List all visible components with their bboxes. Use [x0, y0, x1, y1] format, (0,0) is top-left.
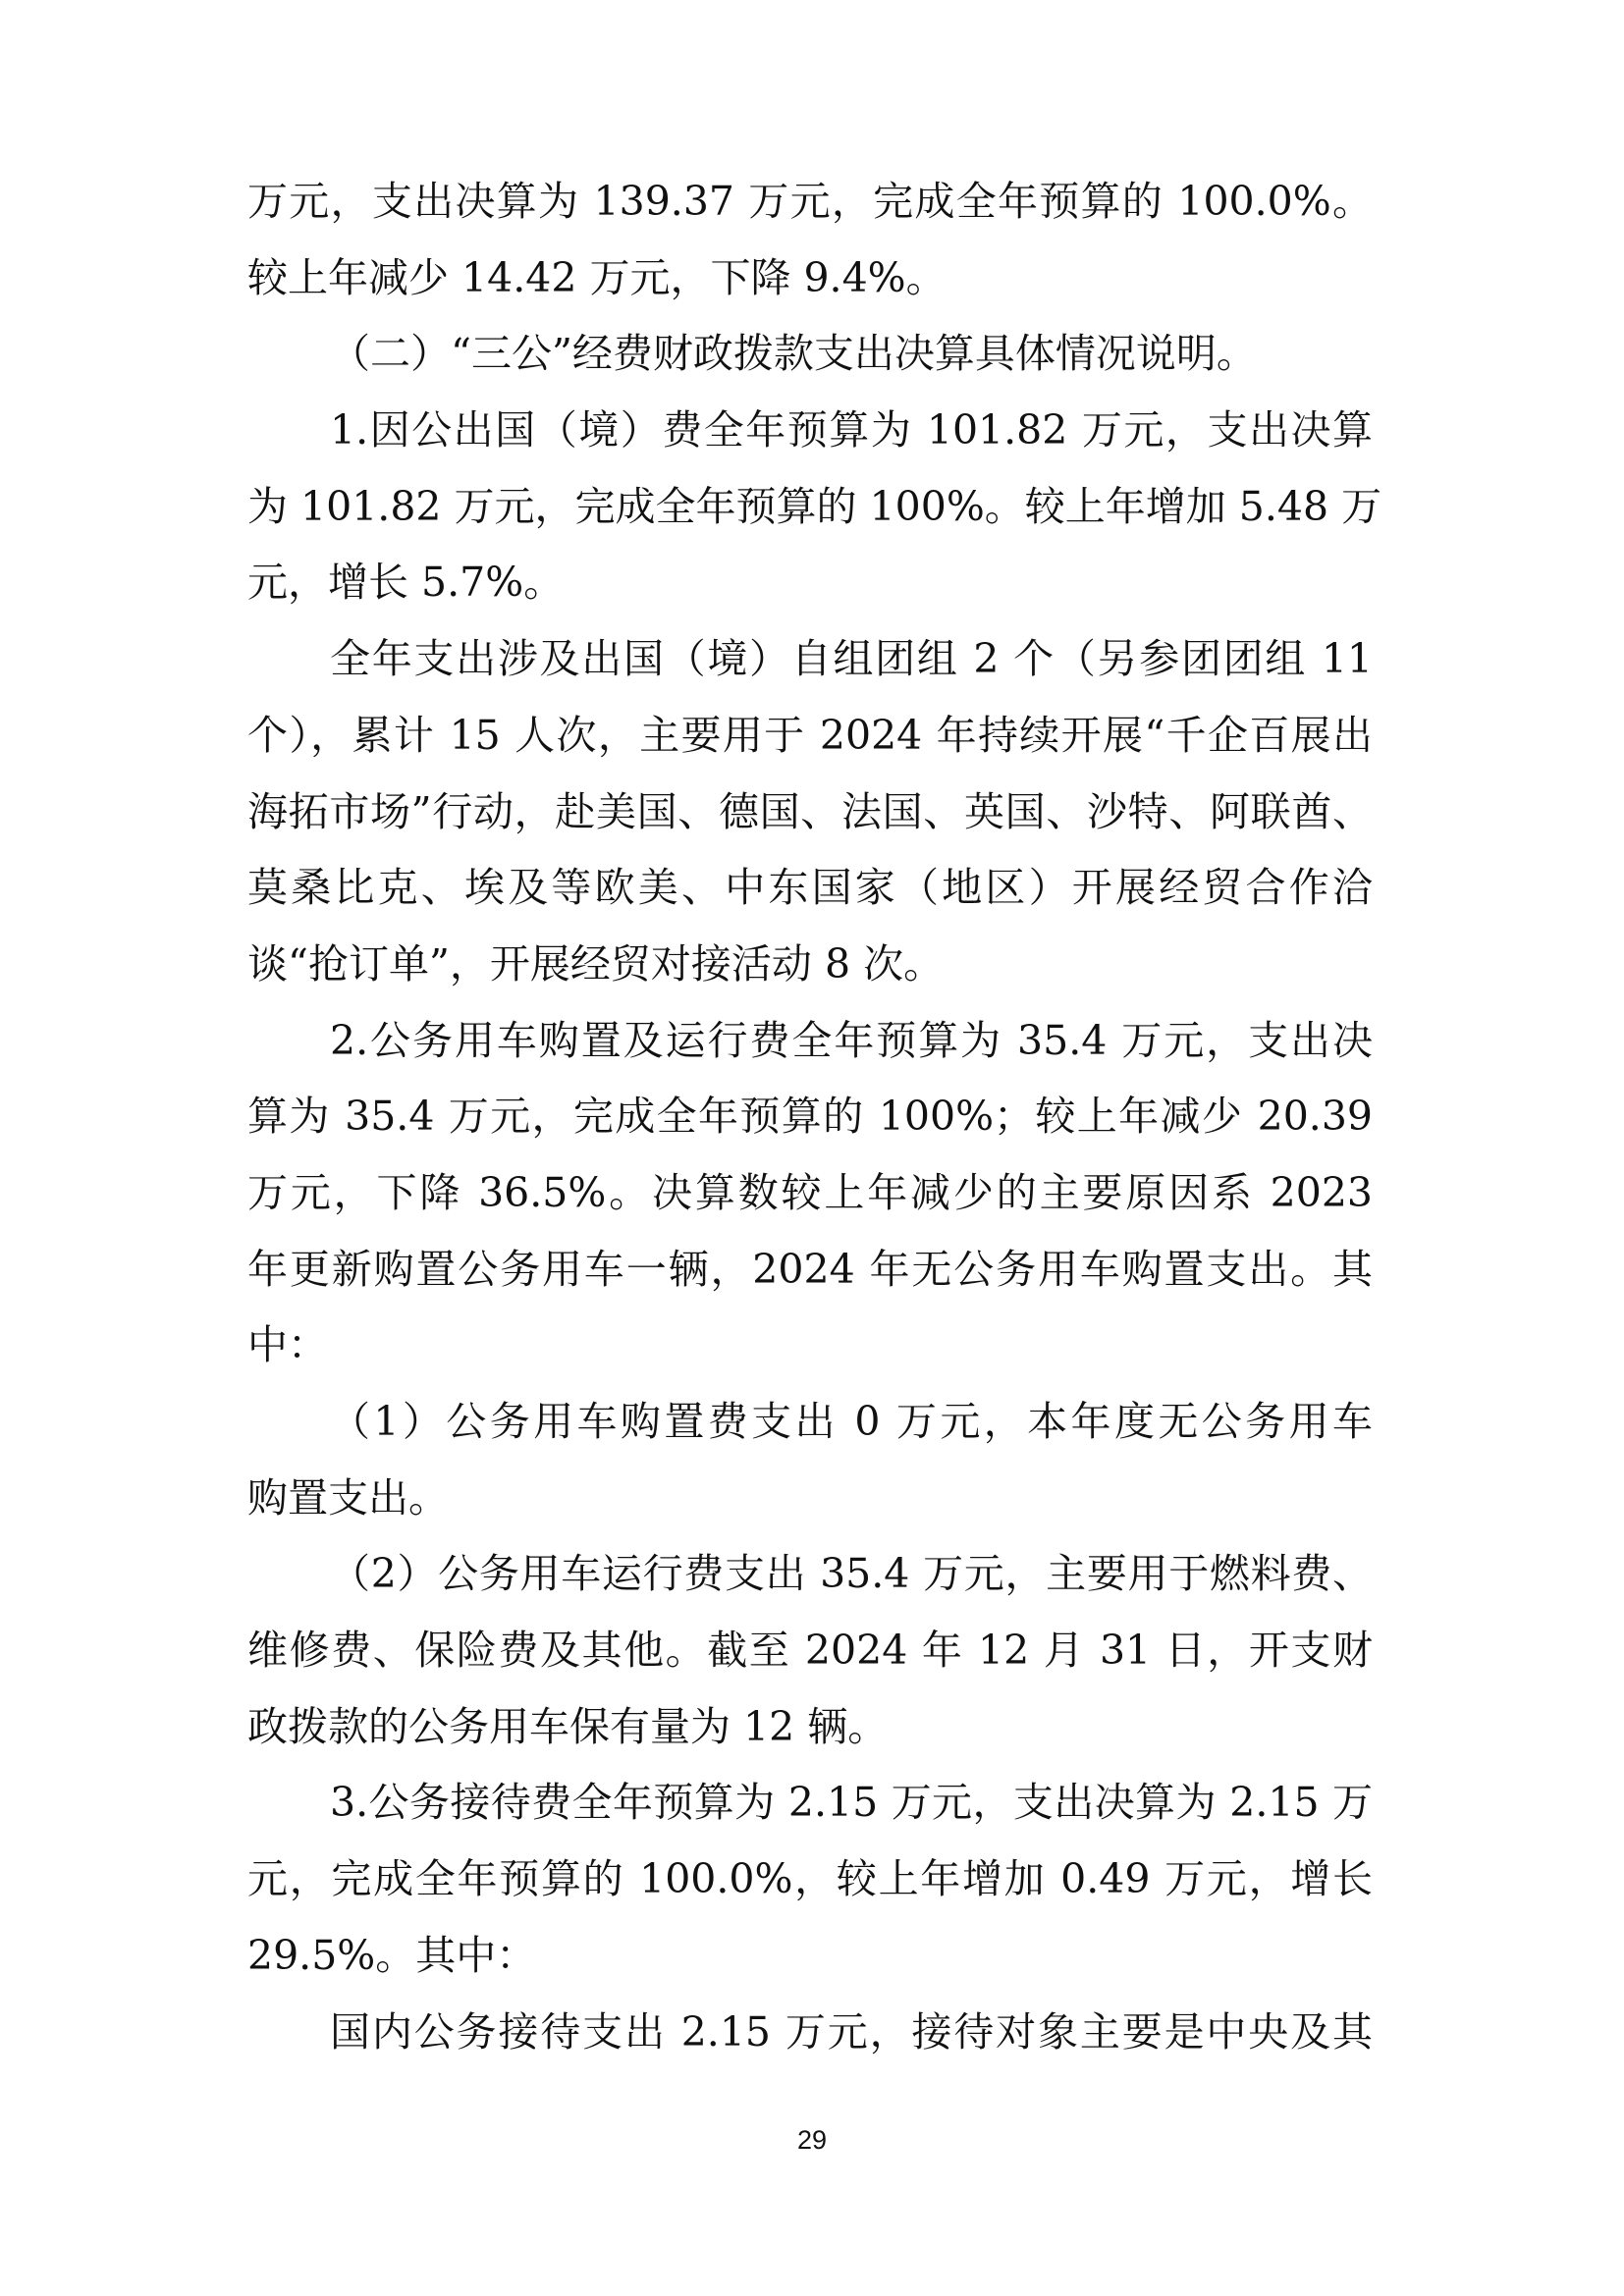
- text-line: 年更新购置公务用车一辆，2024 年无公务用车购置支出。其: [247, 1232, 1373, 1308]
- text-line: 购置支出。: [247, 1461, 1373, 1537]
- text-line: 政拨款的公务用车保有量为 12 辆。: [247, 1689, 1373, 1766]
- text-line: 万元，支出决算为 139.37 万元，完成全年预算的 100.0%。: [247, 164, 1373, 240]
- text-line: 国内公务接待支出 2.15 万元，接待对象主要是中央及其: [247, 1995, 1373, 2071]
- page-number: 29: [763, 2123, 861, 2157]
- text-line: 海拓市场”行动，赴美国、德国、法国、英国、沙特、阿联酋、: [247, 774, 1373, 851]
- body-text: 万元，支出决算为 139.37 万元，完成全年预算的 100.0%。 较上年减少…: [247, 164, 1373, 2070]
- text-line: （2）公务用车运行费支出 35.4 万元，主要用于燃料费、: [247, 1536, 1373, 1613]
- text-line: 29.5%。其中：: [247, 1918, 1373, 1995]
- text-line: 较上年减少 14.42 万元，下降 9.4%。: [247, 240, 1373, 317]
- text-line: 万元，下降 36.5%。决算数较上年减少的主要原因系 2023: [247, 1155, 1373, 1232]
- section-heading: （二）“三公”经费财政拨款支出决算具体情况说明。: [247, 316, 1373, 393]
- text-line: 1.因公出国（境）费全年预算为 101.82 万元，支出决算: [247, 393, 1373, 469]
- text-line: 元，完成全年预算的 100.0%，较上年增加 0.49 万元，增长: [247, 1842, 1373, 1918]
- text-line: 元，增长 5.7%。: [247, 545, 1373, 621]
- text-line: 个），累计 15 人次，主要用于 2024 年持续开展“千企百展出: [247, 698, 1373, 774]
- text-line: （1）公务用车购置费支出 0 万元，本年度无公务用车: [247, 1384, 1373, 1461]
- text-line: 全年支出涉及出国（境）自组团组 2 个（另参团团组 11: [247, 621, 1373, 698]
- text-line: 中：: [247, 1308, 1373, 1384]
- text-line: 莫桑比克、埃及等欧美、中东国家（地区）开展经贸合作洽: [247, 850, 1373, 927]
- text-line: 为 101.82 万元，完成全年预算的 100%。较上年增加 5.48 万: [247, 469, 1373, 546]
- text-line: 维修费、保险费及其他。截至 2024 年 12 月 31 日，开支财: [247, 1613, 1373, 1689]
- text-line: 谈“抢订单”，开展经贸对接活动 8 次。: [247, 927, 1373, 1003]
- document-page: 万元，支出决算为 139.37 万元，完成全年预算的 100.0%。 较上年减少…: [0, 0, 1624, 2296]
- text-line: 2.公务用车购置及运行费全年预算为 35.4 万元，支出决: [247, 1003, 1373, 1080]
- text-line: 算为 35.4 万元，完成全年预算的 100%；较上年减少 20.39: [247, 1079, 1373, 1155]
- text-line: 3.公务接待费全年预算为 2.15 万元，支出决算为 2.15 万: [247, 1765, 1373, 1842]
